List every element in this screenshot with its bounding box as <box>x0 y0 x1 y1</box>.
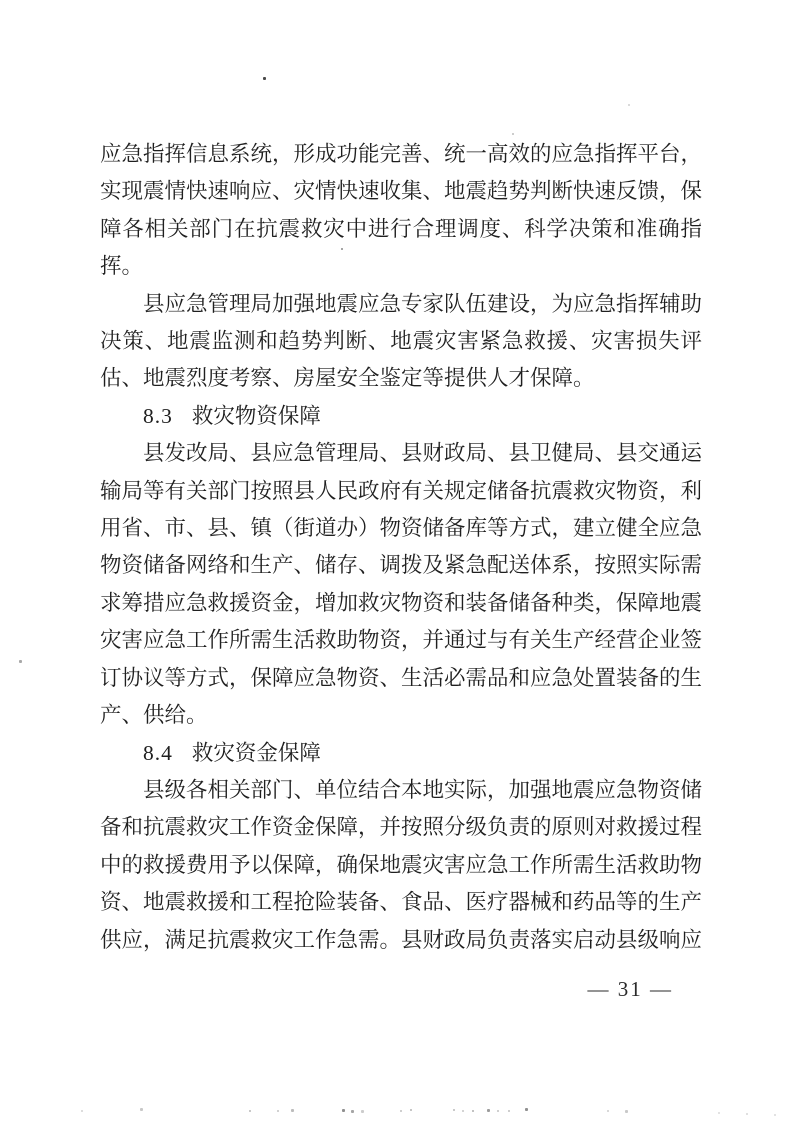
scan-speck <box>497 1110 499 1112</box>
paragraph-expert-team: 县应急管理局加强地震应急专家队伍建设，为应急指挥辅助决策、地震监测和趋势判断、地… <box>100 286 702 398</box>
scan-speck <box>19 660 22 663</box>
scan-speck <box>774 1114 776 1116</box>
scan-speck <box>508 1110 510 1112</box>
document-body: 应急指挥信息系统，形成功能完善、统一高效的应急指挥平台，实现震情快速响应、灾情快… <box>100 136 702 959</box>
paragraph-relief-supplies: 县发改局、县应急管理局、县财政局、县卫健局、县交通运输局等有关部门按照县人民政府… <box>100 435 702 734</box>
scan-speck <box>342 1109 345 1112</box>
scan-speck <box>718 1112 720 1114</box>
paragraph-emergency-command-platform: 应急指挥信息系统，形成功能完善、统一高效的应急指挥平台，实现震情快速响应、灾情快… <box>100 136 702 286</box>
scan-speck <box>625 1110 628 1113</box>
scan-speck <box>410 1109 412 1111</box>
paragraph-relief-funds: 县级各相关部门、单位结合本地实际，加强地震应急物资储备和抗震救灾工作资金保障，并… <box>100 772 702 959</box>
scan-speck <box>607 1110 609 1112</box>
scan-speck <box>140 1108 143 1111</box>
section-title: 救灾资金保障 <box>192 741 321 765</box>
scan-speck <box>249 1110 251 1112</box>
document-page: 应急指挥信息系统，形成功能完善、统一高效的应急指挥平台，实现震情快速响应、灾情快… <box>0 0 793 1123</box>
scan-speck <box>453 1109 455 1111</box>
scan-speck <box>277 1110 279 1112</box>
scan-speck <box>351 1110 354 1113</box>
section-number: 8.3 <box>143 404 173 428</box>
section-title: 救灾物资保障 <box>192 404 321 428</box>
scan-speck <box>341 248 343 250</box>
scan-speck <box>512 133 514 135</box>
scan-speck <box>81 1110 83 1112</box>
scan-speck <box>400 1110 402 1112</box>
scan-speck <box>462 1110 464 1112</box>
page-number: — 31 — <box>588 977 674 1002</box>
scan-speck <box>472 1110 474 1112</box>
scan-speck <box>361 1110 364 1113</box>
scan-speck <box>291 1109 294 1112</box>
scan-speck <box>263 77 266 80</box>
scan-speck <box>487 1109 490 1112</box>
section-heading-8-3: 8.3救灾物资保障 <box>100 398 702 435</box>
scan-speck <box>628 104 630 106</box>
scan-speck <box>525 1108 528 1111</box>
section-heading-8-4: 8.4救灾资金保障 <box>100 735 702 772</box>
scan-speck <box>746 1113 748 1115</box>
section-number: 8.4 <box>143 741 173 765</box>
